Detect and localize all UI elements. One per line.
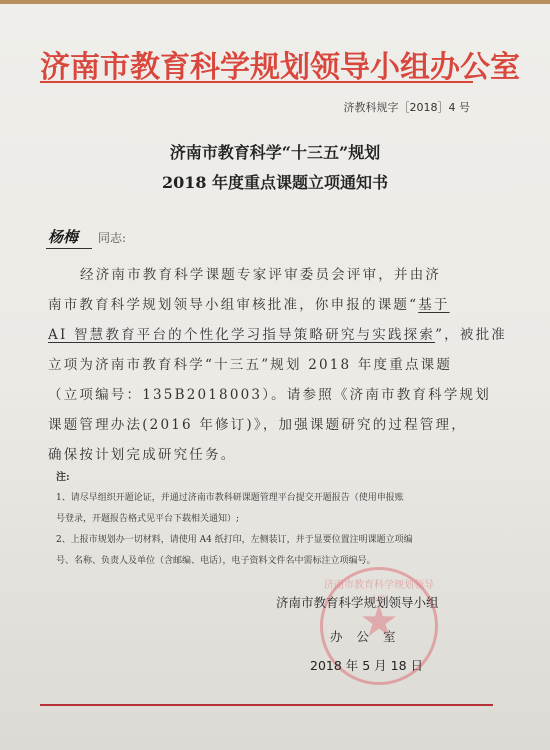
body-line: （立项编号：135B2018003）。请参照《济南市教育科学规划 (48, 380, 472, 410)
body-line: AI 智慧教育平台的个性化学习指导策略研究与实践探索”，被批准 (48, 320, 472, 350)
body-line: 立项为济南市教育科学“十三五”规划 2018 年度重点课题 (48, 350, 472, 380)
note-item: 号、名称、负责人及单位（含邮编、电话），电子资料文件名中需标注立项编号。 (56, 551, 476, 572)
body-line: 南市教育科学规划领导小组审核批准，你申报的课题“基于 (48, 290, 472, 320)
salutation: 杨梅同志: (46, 226, 126, 249)
signature-date: 2018 年 5 月 18 日 (310, 656, 423, 674)
document-title-line2: 2018 年度重点课题立项通知书 (0, 170, 550, 193)
recipient-name: 杨梅 (46, 226, 92, 249)
body-line: 课题管理办法(2016 年修订)》，加强课题研究的过程管理， (48, 410, 472, 440)
letterhead-rule (40, 81, 473, 83)
photo-edge (0, 0, 550, 4)
note-item: 号登录，开题报告格式见平台下载相关通知）; (56, 509, 476, 530)
letterhead-title: 济南市教育科学规划领导小组办公室 (40, 42, 510, 86)
note-item: 1、请尽早组织开题论证，并通过济南市教科研课题管理平台提交开题报告（使用申报账 (56, 488, 476, 509)
signature-org: 济南市教育科学规划领导小组 (276, 593, 439, 611)
body-line: 确保按计划完成研究任务。 (48, 440, 472, 470)
notes-section: 注: 1、请尽早组织开题论证，并通过济南市教科研课题管理平台提交开题报告（使用申… (56, 467, 476, 572)
document-title-line1: 济南市教育科学“十三五”规划 (0, 140, 550, 163)
note-item: 2、上报市规划办一切材料，请使用 A4 纸打印，左侧装订，并于显要位置注明课题立… (56, 530, 476, 551)
footer-rule (40, 704, 493, 706)
document-page: 济南市教育科学规划领导小组办公室 济教科规字［2018］4 号 济南市教育科学“… (0, 0, 550, 750)
document-number: 济教科规字［2018］4 号 (320, 99, 470, 115)
project-title-part1: 基于 (418, 297, 449, 313)
salutation-suffix: 同志: (98, 231, 126, 245)
project-title-part2: AI 智慧教育平台的个性化学习指导策略研究与实践探索 (48, 327, 435, 343)
body-paragraph: 经济南市教育科学课题专家评审委员会评审，并由济 南市教育科学规划领导小组审核批准… (48, 260, 472, 470)
notes-label: 注: (56, 467, 476, 488)
body-line: 经济南市教育科学课题专家评审委员会评审，并由济 (48, 260, 472, 290)
signature-office: 办公室 (330, 627, 410, 645)
